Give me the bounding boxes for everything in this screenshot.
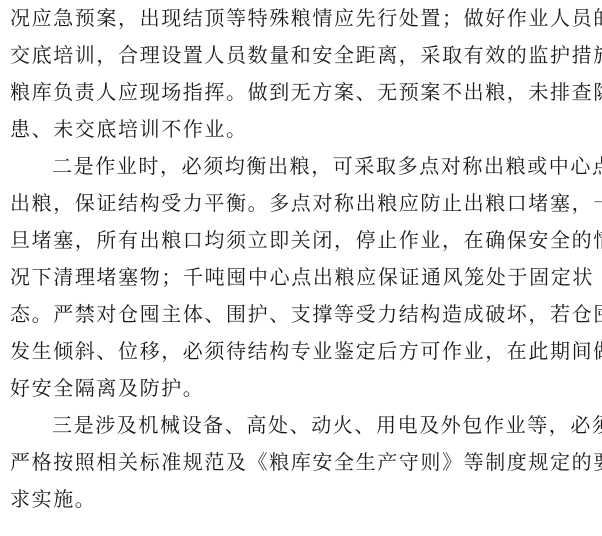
text-line: 态。严禁对仓囤主体、围护、支撑等受力结构造成破坏，若仓囤 (10, 296, 594, 333)
text-line: 好安全隔离及防护。 (10, 370, 594, 407)
paragraph-2: 二是作业时，必须均衡出粮，可采取多点对称出粮或中心点 出粮，保证结构受力平衡。多… (10, 148, 594, 407)
text-line: 况下清理堵塞物；千吨囤中心点出粮应保证通风笼处于固定状 (10, 259, 594, 296)
text-line: 粮库负责人应现场指挥。做到无方案、无预案不出粮，未排查隐 (10, 74, 594, 111)
document-page: 况应急预案，出现结顶等特殊粮情应先行处置；做好作业人员的 交底培训，合理设置人员… (10, 0, 594, 518)
text-line: 患、未交底培训不作业。 (10, 111, 594, 148)
text-line: 况应急预案，出现结顶等特殊粮情应先行处置；做好作业人员的 (10, 0, 594, 37)
text-line: 严格按照相关标准规范及《粮库安全生产守则》等制度规定的要 (10, 444, 594, 481)
text-line: 旦堵塞，所有出粮口均须立即关闭，停止作业，在确保安全的情 (10, 222, 594, 259)
paragraph-3: 三是涉及机械设备、高处、动火、用电及外包作业等，必须 严格按照相关标准规范及《粮… (10, 407, 594, 518)
text-line: 发生倾斜、位移，必须待结构专业鉴定后方可作业，在此期间做 (10, 333, 594, 370)
text-line: 交底培训，合理设置人员数量和安全距离，采取有效的监护措施， (10, 37, 594, 74)
paragraph-1: 况应急预案，出现结顶等特殊粮情应先行处置；做好作业人员的 交底培训，合理设置人员… (10, 0, 594, 148)
text-line: 二是作业时，必须均衡出粮，可采取多点对称出粮或中心点 (10, 148, 594, 185)
text-line: 出粮，保证结构受力平衡。多点对称出粮应防止出粮口堵塞，一 (10, 185, 594, 222)
text-line: 求实施。 (10, 481, 594, 518)
text-line: 三是涉及机械设备、高处、动火、用电及外包作业等，必须 (10, 407, 594, 444)
